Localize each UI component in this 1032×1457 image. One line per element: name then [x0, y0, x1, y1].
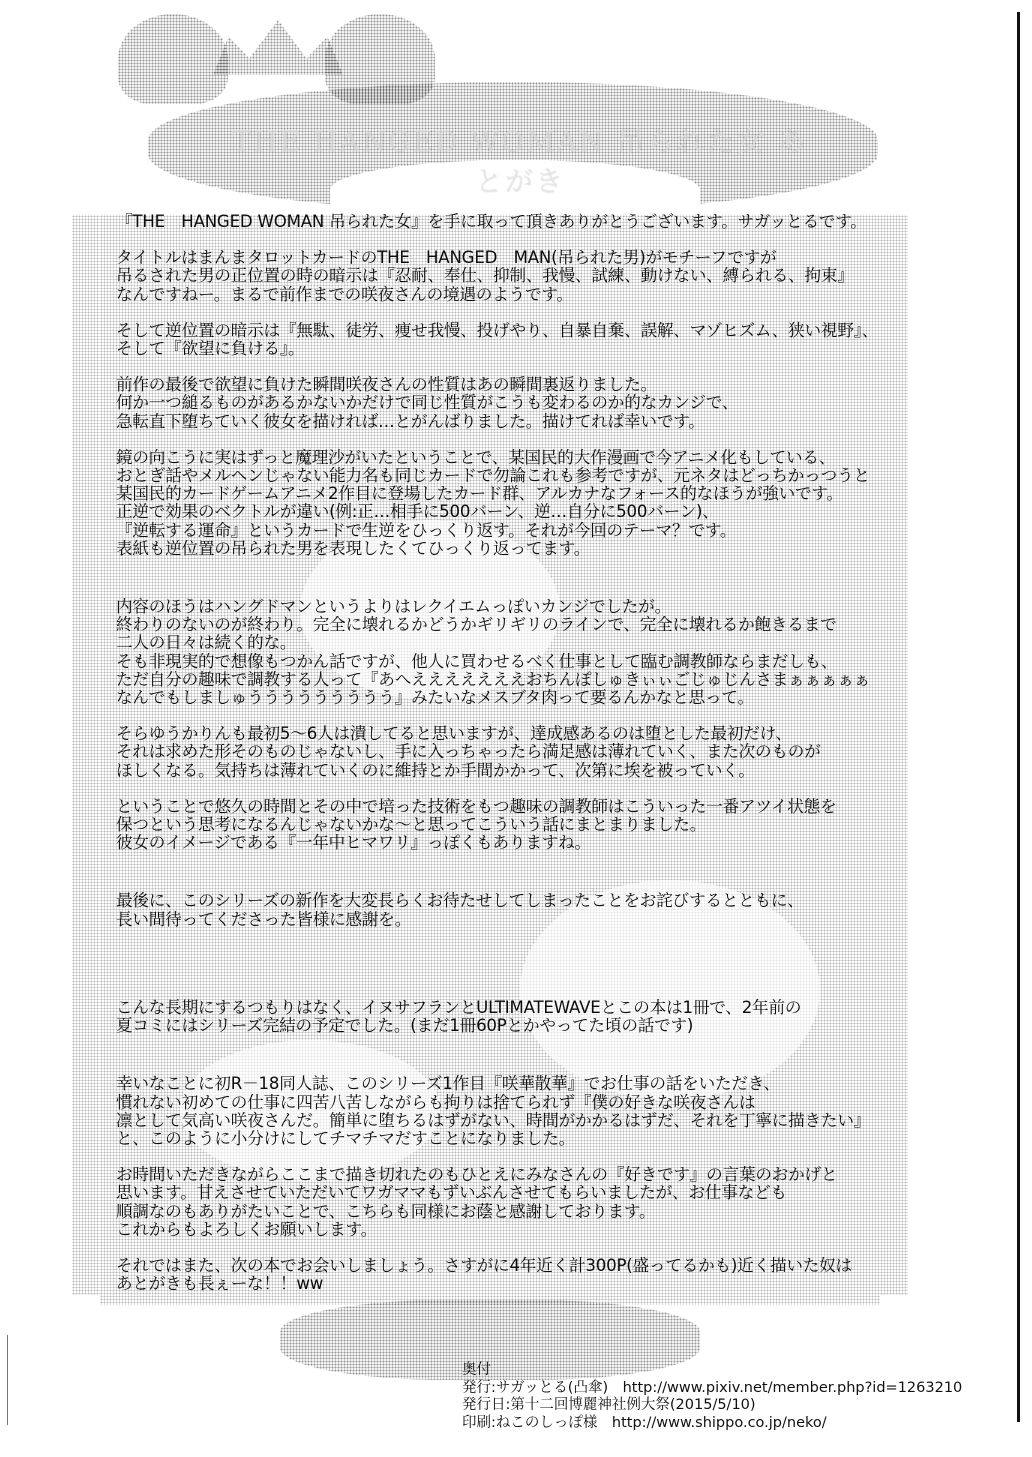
- text-line: お時間いただきながらここまで描き切れたのもひとえにみなさんの『好きです』の言葉の…: [116, 1166, 976, 1184]
- text-line: タイトルはまんまタロットカードのTHE HANGED MAN(吊られた男)がモチ…: [116, 249, 976, 267]
- text-line: 保つという思考になるんじゃないかな～と思ってこういう話にまとまりました。: [116, 816, 976, 834]
- text-line: 正逆で効果のベクトルが違い(例:正…相手に500バーン、逆…自分に500バーン)…: [116, 503, 976, 521]
- text-line: ということで悠久の時間とその中で培った技術をもつ趣味の調教師はこういった一番アツ…: [116, 798, 976, 816]
- colophon-date: 発行日:第十二回博麗神社例大祭(2015/5/10): [462, 1397, 962, 1415]
- text-line: なんですねー。まるで前作までの咲夜さんの境遇のようです。: [116, 286, 976, 304]
- afterword-body: 『THE HANGED WOMAN 吊られた女』を手に取って頂きありがとうござい…: [116, 213, 976, 1293]
- text-line: 夏コミにはシリーズ完結の予定でした。(まだ1冊60Pとかやってた頃の話です): [116, 1017, 976, 1035]
- text-line: 長い間待ってくださった皆様に感謝を。: [116, 911, 976, 929]
- paragraph-sorayu: そらゆうかりんも最初5～6人は潰してると思いますが、達成感あるのは堕とした最初だ…: [116, 725, 976, 780]
- paragraph-conclusion: ということで悠久の時間とその中で培った技術をもつ趣味の調教師はこういった一番アツ…: [116, 798, 976, 853]
- text-line: なんでもしましゅううううううううう』みたいなメスブタ肉って要るんかなと思って。: [116, 689, 976, 707]
- text-line: こんな長期にするつもりはなく、イヌサフランとULTIMATEWAVEとこの本は1…: [116, 999, 976, 1017]
- text-line: 鏡の向こうに実はずっと魔理沙がいたということで、某国民的大作漫画で今アニメ化もし…: [116, 449, 976, 467]
- page-edge-mark: [7, 1335, 8, 1425]
- text-line: そして逆位置の暗示は『無駄、徒労、痩せ我慢、投げやり、自暴自棄、誤解、マゾヒズム…: [116, 322, 976, 340]
- paragraph-content: 内容のほうはハングドマンというよりはレクイエムっぽいカンジでしたが。 終わりのな…: [116, 598, 976, 707]
- crown-ornament: [213, 20, 343, 75]
- text-line: 某国民的カードゲームアニメ2作目に登場したカード群、アルカナなフォース的なほうが…: [116, 485, 976, 503]
- text-line: 表紙も逆位置の吊られた男を表現したくてひっくり返ってます。: [116, 540, 976, 558]
- paragraph-previous-work: 前作の最後で欲望に負けた瞬間咲夜さんの性質はあの瞬間裏返りました。 何か一つ縋る…: [116, 376, 976, 431]
- text-line: 凛として気高い咲夜さんだ。簡単に堕ちるはずがない、時間がかかるはずだ、それを丁寧…: [116, 1112, 976, 1130]
- text-line: 吊るされた男の正位置の時の暗示は『忍耐、奉仕、抑制、我慢、試練、動けない、縛られ…: [116, 267, 976, 285]
- text-line: そらゆうかりんも最初5～6人は潰してると思いますが、達成感あるのは堕とした最初だ…: [116, 725, 976, 743]
- text-line: 慣れない初めての仕事に四苦八苦しながらも拘りは捨てられず『僕の好きな咲夜さんは: [116, 1094, 976, 1112]
- text-line: 内容のほうはハングドマンというよりはレクイエムっぽいカンジでしたが。: [116, 598, 976, 616]
- text-line: 急転直下堕ちていく彼女を描ければ…とがんばりました。描けてれば幸いです。: [116, 413, 976, 431]
- paragraph-farewell: それではまた、次の本でお会いしましょう。さすがに4年近く計300P(盛ってるかも…: [116, 1257, 976, 1293]
- text-line: 終わりのないのが終わり。完全に壊れるかどうかギリギリのラインで、完全に壊れるか飽…: [116, 616, 976, 634]
- paragraph-reversed: そして逆位置の暗示は『無駄、徒労、痩せ我慢、投げやり、自暴自棄、誤解、マゾヒズム…: [116, 322, 976, 358]
- text-line: 思います。甘えさせていただいてワガママもずいぶんさせてもらいましたが、お仕事など…: [116, 1184, 976, 1202]
- banner-title: THE HANGED WOMAN 吊られた女 あとがき: [230, 120, 810, 200]
- paragraph-intro: 『THE HANGED WOMAN 吊られた女』を手に取って頂きありがとうござい…: [116, 213, 976, 231]
- text-line: 二人の日々は続く的な。: [116, 634, 976, 652]
- text-line: 順調なのもありがたいことで、こちらも同様にお蔭と感謝しております。: [116, 1203, 976, 1221]
- text-line: 『逆転する運命』というカードで生逆をひっくり返す。それが今回のテーマ？です。: [116, 522, 976, 540]
- text-line: これからもよろしくお願いします。: [116, 1221, 976, 1239]
- paragraph-mirror: 鏡の向こうに実はずっと魔理沙がいたということで、某国民的大作漫画で今アニメ化もし…: [116, 449, 976, 558]
- text-line: それではまた、次の本でお会いしましょう。さすがに4年近く計300P(盛ってるかも…: [116, 1257, 976, 1275]
- text-line: 前作の最後で欲望に負けた瞬間咲夜さんの性質はあの瞬間裏返りました。: [116, 376, 976, 394]
- paragraph-long-term: こんな長期にするつもりはなく、イヌサフランとULTIMATEWAVEとこの本は1…: [116, 999, 976, 1035]
- text-line: と、このように小分けにしてチマチマだすことになりました。: [116, 1130, 976, 1148]
- paragraph-fortunate: 幸いなことに初R－18同人誌、このシリーズ1作目『咲華散華』でお仕事の話をいただ…: [116, 1075, 976, 1148]
- text-line: 最後に、このシリーズの新作を大変長らくお待たせしてしまったことをお詫びするととも…: [116, 892, 976, 910]
- paragraph-title-origin: タイトルはまんまタロットカードのTHE HANGED MAN(吊られた男)がモチ…: [116, 249, 976, 304]
- text-line: 幸いなことに初R－18同人誌、このシリーズ1作目『咲華散華』でお仕事の話をいただ…: [116, 1075, 976, 1093]
- colophon-heading: 奥付: [462, 1362, 962, 1380]
- text-line: あとがきも長ぇーな！！ww: [116, 1275, 976, 1293]
- page-edge-rule: [1017, 12, 1020, 1422]
- colophon-publisher: 発行:サガッとる(凸傘) http://www.pixiv.net/member…: [462, 1380, 962, 1398]
- frame-left-border: [72, 215, 100, 1295]
- text-line: そして『欲望に負ける』。: [116, 340, 976, 358]
- text-line: ただ自分の趣味で調教する人って『あへえええええええおちんぽしゅきぃぃごじゅじんさ…: [116, 671, 976, 689]
- paragraph-apology: 最後に、このシリーズの新作を大変長らくお待たせしてしまったことをお詫びするととも…: [116, 892, 976, 928]
- text-line: おとぎ話やメルヘンじゃない能力名も同じカードで勿論これも参考ですが、元ネタはどっ…: [116, 467, 976, 485]
- text-line: 『THE HANGED WOMAN 吊られた女』を手に取って頂きありがとうござい…: [116, 213, 976, 231]
- colophon-printer: 印刷:ねこのしっぽ様 http://www.shippo.co.jp/neko/: [462, 1415, 962, 1433]
- text-line: 何か一つ縋るものがあるかないかだけで同じ性質がこうも変わるのか的なカンジで、: [116, 394, 976, 412]
- text-line: そも非現実的で想像もつかん話ですが、他人に買わせるべく仕事として臨む調教師ならま…: [116, 653, 976, 671]
- text-line: ほしくなる。気持ちは薄れていくのに維持とか手間かかって、次第に埃を被っていく。: [116, 762, 976, 780]
- crest-left-ornament: [118, 14, 228, 104]
- text-line: 彼女のイメージである『一年中ヒマワリ』っぽくもありますね。: [116, 834, 976, 852]
- text-line: それは求めた形そのものじゃないし、手に入っちゃったら満足感は薄れていく、また次の…: [116, 743, 976, 761]
- colophon: 奥付 発行:サガッとる(凸傘) http://www.pixiv.net/mem…: [462, 1362, 962, 1432]
- paragraph-thanks: お時間いただきながらここまで描き切れたのもひとえにみなさんの『好きです』の言葉の…: [116, 1166, 976, 1239]
